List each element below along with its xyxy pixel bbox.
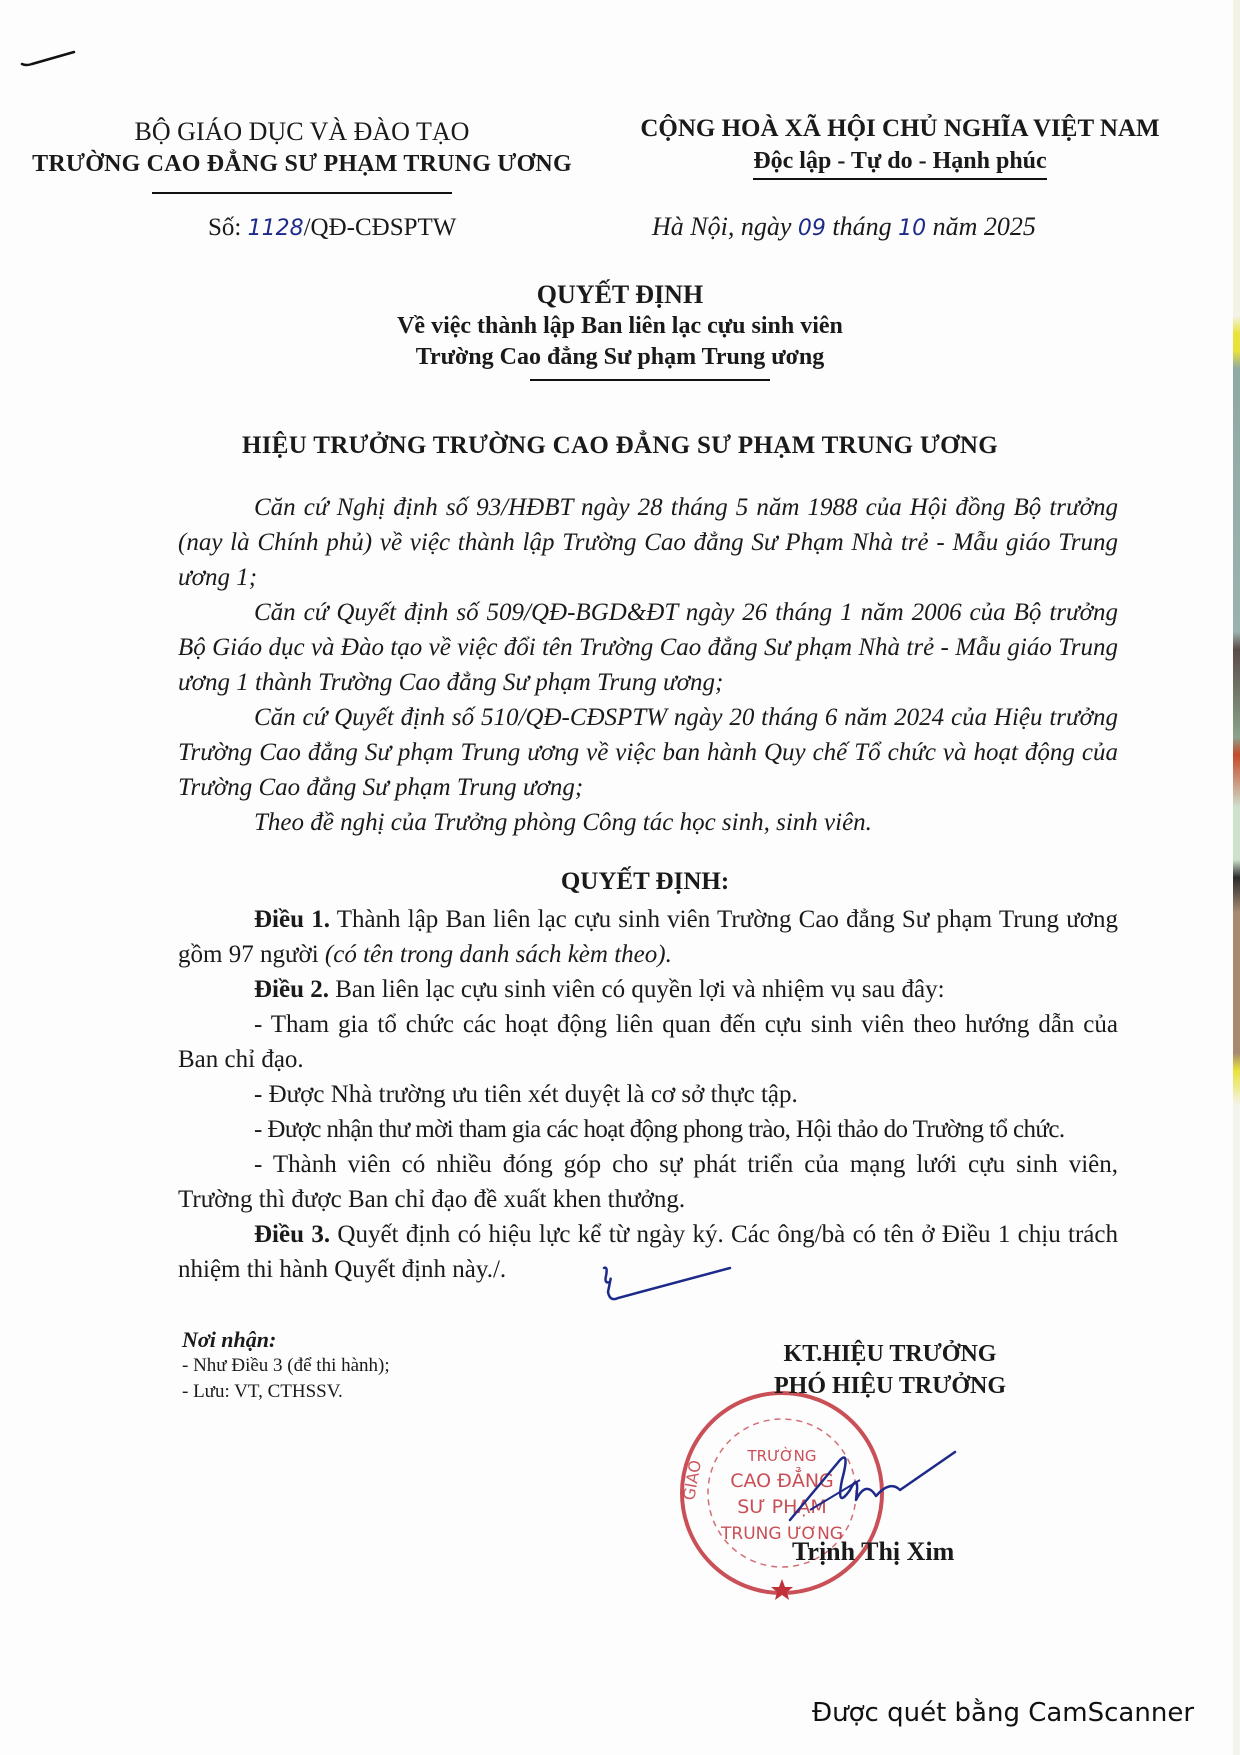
- signatory-title-1: KT.HIỆU TRƯỞNG: [700, 1338, 1080, 1370]
- article-2-item: - Được nhận thư mời tham gia các hoạt độ…: [178, 1112, 1118, 1147]
- article-2-text: Ban liên lạc cựu sinh viên có quyền lợi …: [329, 976, 945, 1003]
- signatory-name: Trịnh Thị Xim: [792, 1537, 954, 1567]
- national-header: CỘNG HOÀ XÃ HỘI CHỦ NGHĨA VIỆT NAM Độc l…: [620, 113, 1180, 180]
- issuing-authority: HIỆU TRƯỞNG TRƯỜNG CAO ĐẲNG SƯ PHẠM TRUN…: [0, 432, 1240, 460]
- article-1: Điều 1. Thành lập Ban liên lạc cựu sinh …: [178, 902, 1118, 972]
- decision-subject-line2: Trường Cao đẳng Sư phạm Trung ương: [0, 342, 1240, 373]
- legal-basis-item: Theo đề nghị của Trưởng phòng Công tác h…: [178, 805, 1118, 840]
- recipient-item: - Lưu: VT, CTHSSV.: [182, 1379, 390, 1405]
- recipients-heading: Nơi nhận:: [182, 1327, 390, 1353]
- article-1-label: Điều 1.: [254, 906, 330, 933]
- ministry-name: BỘ GIÁO DỤC VÀ ĐÀO TẠO: [12, 116, 592, 148]
- date-month-label: tháng: [826, 212, 898, 241]
- recipient-item: - Như Điều 3 (để thi hành);: [182, 1353, 390, 1379]
- article-3-label: Điều 3.: [254, 1221, 330, 1248]
- initial-signature-mark: [600, 1262, 740, 1322]
- article-2: Điều 2. Ban liên lạc cựu sinh viên có qu…: [178, 972, 1118, 1007]
- pen-mark: [18, 48, 78, 68]
- doc-number-suffix: /QĐ-CĐSPTW: [304, 214, 457, 241]
- svg-text:GIÁO: GIÁO: [679, 1459, 705, 1502]
- doc-number-handwritten: 1128: [248, 216, 304, 241]
- title-divider: [530, 379, 770, 381]
- decision-subject-line1: Về việc thành lập Ban liên lạc cựu sinh …: [0, 311, 1240, 342]
- handwritten-signature: [780, 1440, 960, 1550]
- date-month: 10: [898, 216, 926, 241]
- date-place: Hà Nội, ngày: [652, 212, 798, 241]
- recipients: Nơi nhận: - Như Điều 3 (để thi hành); - …: [182, 1327, 390, 1405]
- header-divider: [152, 192, 452, 194]
- document-number: Số: 1128/QĐ-CĐSPTW: [208, 214, 456, 242]
- doc-number-prefix: Số:: [208, 214, 248, 241]
- scanner-watermark: Được quét bằng CamScanner: [812, 1698, 1194, 1728]
- date-year: năm 2025: [926, 212, 1036, 241]
- signatory-title-2: PHÓ HIỆU TRƯỞNG: [700, 1370, 1080, 1402]
- decision-heading: QUYẾT ĐỊNH: [0, 279, 1240, 311]
- articles: Điều 1. Thành lập Ban liên lạc cựu sinh …: [178, 902, 1118, 1287]
- date-day: 09: [798, 216, 826, 241]
- legal-basis: Căn cứ Nghị định số 93/HĐBT ngày 28 thán…: [178, 490, 1118, 840]
- article-2-label: Điều 2.: [254, 976, 329, 1003]
- legal-basis-item: Căn cứ Quyết định số 510/QĐ-CĐSPTW ngày …: [178, 700, 1118, 805]
- article-1-note: (có tên trong danh sách kèm theo).: [325, 941, 672, 968]
- article-2-item: - Thành viên có nhiều đóng góp cho sự ph…: [178, 1147, 1118, 1217]
- school-name: TRƯỜNG CAO ĐẲNG SƯ PHẠM TRUNG ƯƠNG: [12, 148, 592, 180]
- issue-date: Hà Nội, ngày 09 tháng 10 năm 2025: [652, 212, 1036, 242]
- legal-basis-item: Căn cứ Quyết định số 509/QĐ-BGD&ĐT ngày …: [178, 595, 1118, 700]
- article-2-item: - Tham gia tổ chức các hoạt động liên qu…: [178, 1007, 1118, 1077]
- article-2-item: - Được Nhà trường ưu tiên xét duyệt là c…: [178, 1077, 1118, 1112]
- legal-basis-item: Căn cứ Nghị định số 93/HĐBT ngày 28 thán…: [178, 490, 1118, 595]
- decision-title-block: QUYẾT ĐỊNH Về việc thành lập Ban liên lạ…: [0, 279, 1240, 381]
- decision-section-heading: QUYẾT ĐỊNH:: [0, 868, 1240, 896]
- nation-name: CỘNG HOÀ XÃ HỘI CHỦ NGHĨA VIỆT NAM: [620, 113, 1180, 145]
- signature-block: KT.HIỆU TRƯỞNG PHÓ HIỆU TRƯỞNG: [700, 1338, 1080, 1402]
- issuer-header: BỘ GIÁO DỤC VÀ ĐÀO TẠO TRƯỜNG CAO ĐẲNG S…: [12, 116, 592, 194]
- national-motto: Độc lập - Tự do - Hạnh phúc: [753, 145, 1046, 180]
